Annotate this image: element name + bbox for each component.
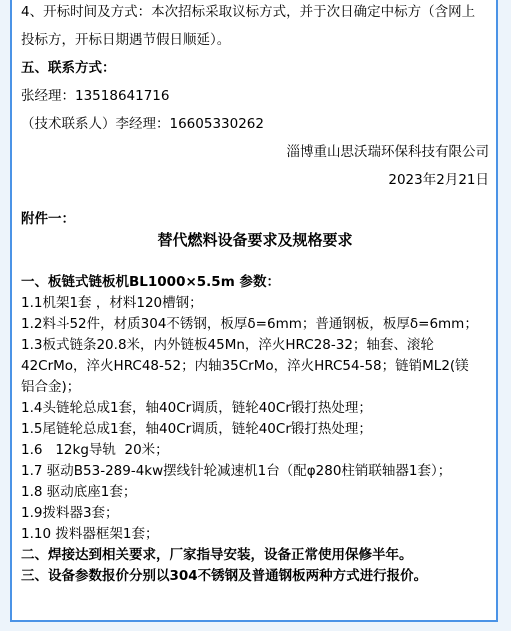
spec-item-1-8: 1.8 驱动底座1套； <box>21 482 489 503</box>
attachment-section: 附件一：替代燃料设备要求及规格要求一、板链式链板机BL1000×5.5m 参数：… <box>21 209 489 587</box>
spec-item-1-3-line3: 铝合金)； <box>21 377 489 398</box>
spec-item-1-6: 1.6 12kg导轨 20米； <box>21 440 489 461</box>
attachment-title: 替代燃料设备要求及规格要求 <box>21 230 489 251</box>
clause-bid-opening-line1: 4、开标时间及方式：本次招标采取议标方式，并于次日确定中标方（含网上 <box>21 0 489 26</box>
spec-item-1-4: 1.4头链轮总成1套，轴40Cr调质，链轮40Cr锻打热处理； <box>21 398 489 419</box>
spec-item-1-1: 1.1机架1套 ，材料120槽钢； <box>21 293 489 314</box>
attachment-label: 附件一： <box>21 209 489 230</box>
document-paper: 4、开标时间及方式：本次招标采取议标方式，并于次日确定中标方（含网上投标方，开标… <box>10 0 498 622</box>
spec-item-1-7: 1.7 驱动B53-289-4kw摆线针轮减速机1台（配φ280柱销联轴器1套）… <box>21 461 489 482</box>
contact-section-heading: 五、联系方式： <box>21 54 489 82</box>
spacer-line <box>21 251 489 272</box>
signature-date: 2023年2月21日 <box>21 166 489 194</box>
spec-section-2: 二、焊接达到相关要求，厂家指导安装，设备正常使用保修半年。 <box>21 545 489 566</box>
clause-bid-opening-line2: 投标方，开标日期遇节假日顺延）。 <box>21 26 489 54</box>
spec-item-1-2: 1.2料斗52件，材质304不锈钢，板厚δ=6mm；普通钢板，板厚δ=6mm； <box>21 314 489 335</box>
spec-item-1-3-line2: 42CrMo，淬火HRC48-52；内轴35CrMo，淬火HRC54-58；链销… <box>21 356 489 377</box>
tender-document-page: { "page": { "background_color": "#edf4fb… <box>0 0 511 631</box>
spec-item-1-10: 1.10 拨料器框架1套； <box>21 524 489 545</box>
spec-section-1-heading: 一、板链式链板机BL1000×5.5m 参数： <box>21 272 489 293</box>
contact-li-phone: （技术联系人）李经理：16605330262 <box>21 110 489 138</box>
spec-item-1-5: 1.5尾链轮总成1套，轴40Cr调质，链轮40Cr锻打热处理； <box>21 419 489 440</box>
spec-item-1-3-line1: 1.3板式链条20.8米，内外链板45Mn，淬火HRC28-32；轴套、滚轮 <box>21 335 489 356</box>
contact-zhang-phone: 张经理：13518641716 <box>21 82 489 110</box>
company-signature: 淄博重山思沃瑞环保科技有限公司 <box>21 138 489 166</box>
letter-section: 4、开标时间及方式：本次招标采取议标方式，并于次日确定中标方（含网上投标方，开标… <box>21 0 489 194</box>
spec-item-1-9: 1.9拨料器3套； <box>21 503 489 524</box>
spec-section-3: 三、设备参数报价分别以304不锈钢及普通钢板两种方式进行报价。 <box>21 566 489 587</box>
